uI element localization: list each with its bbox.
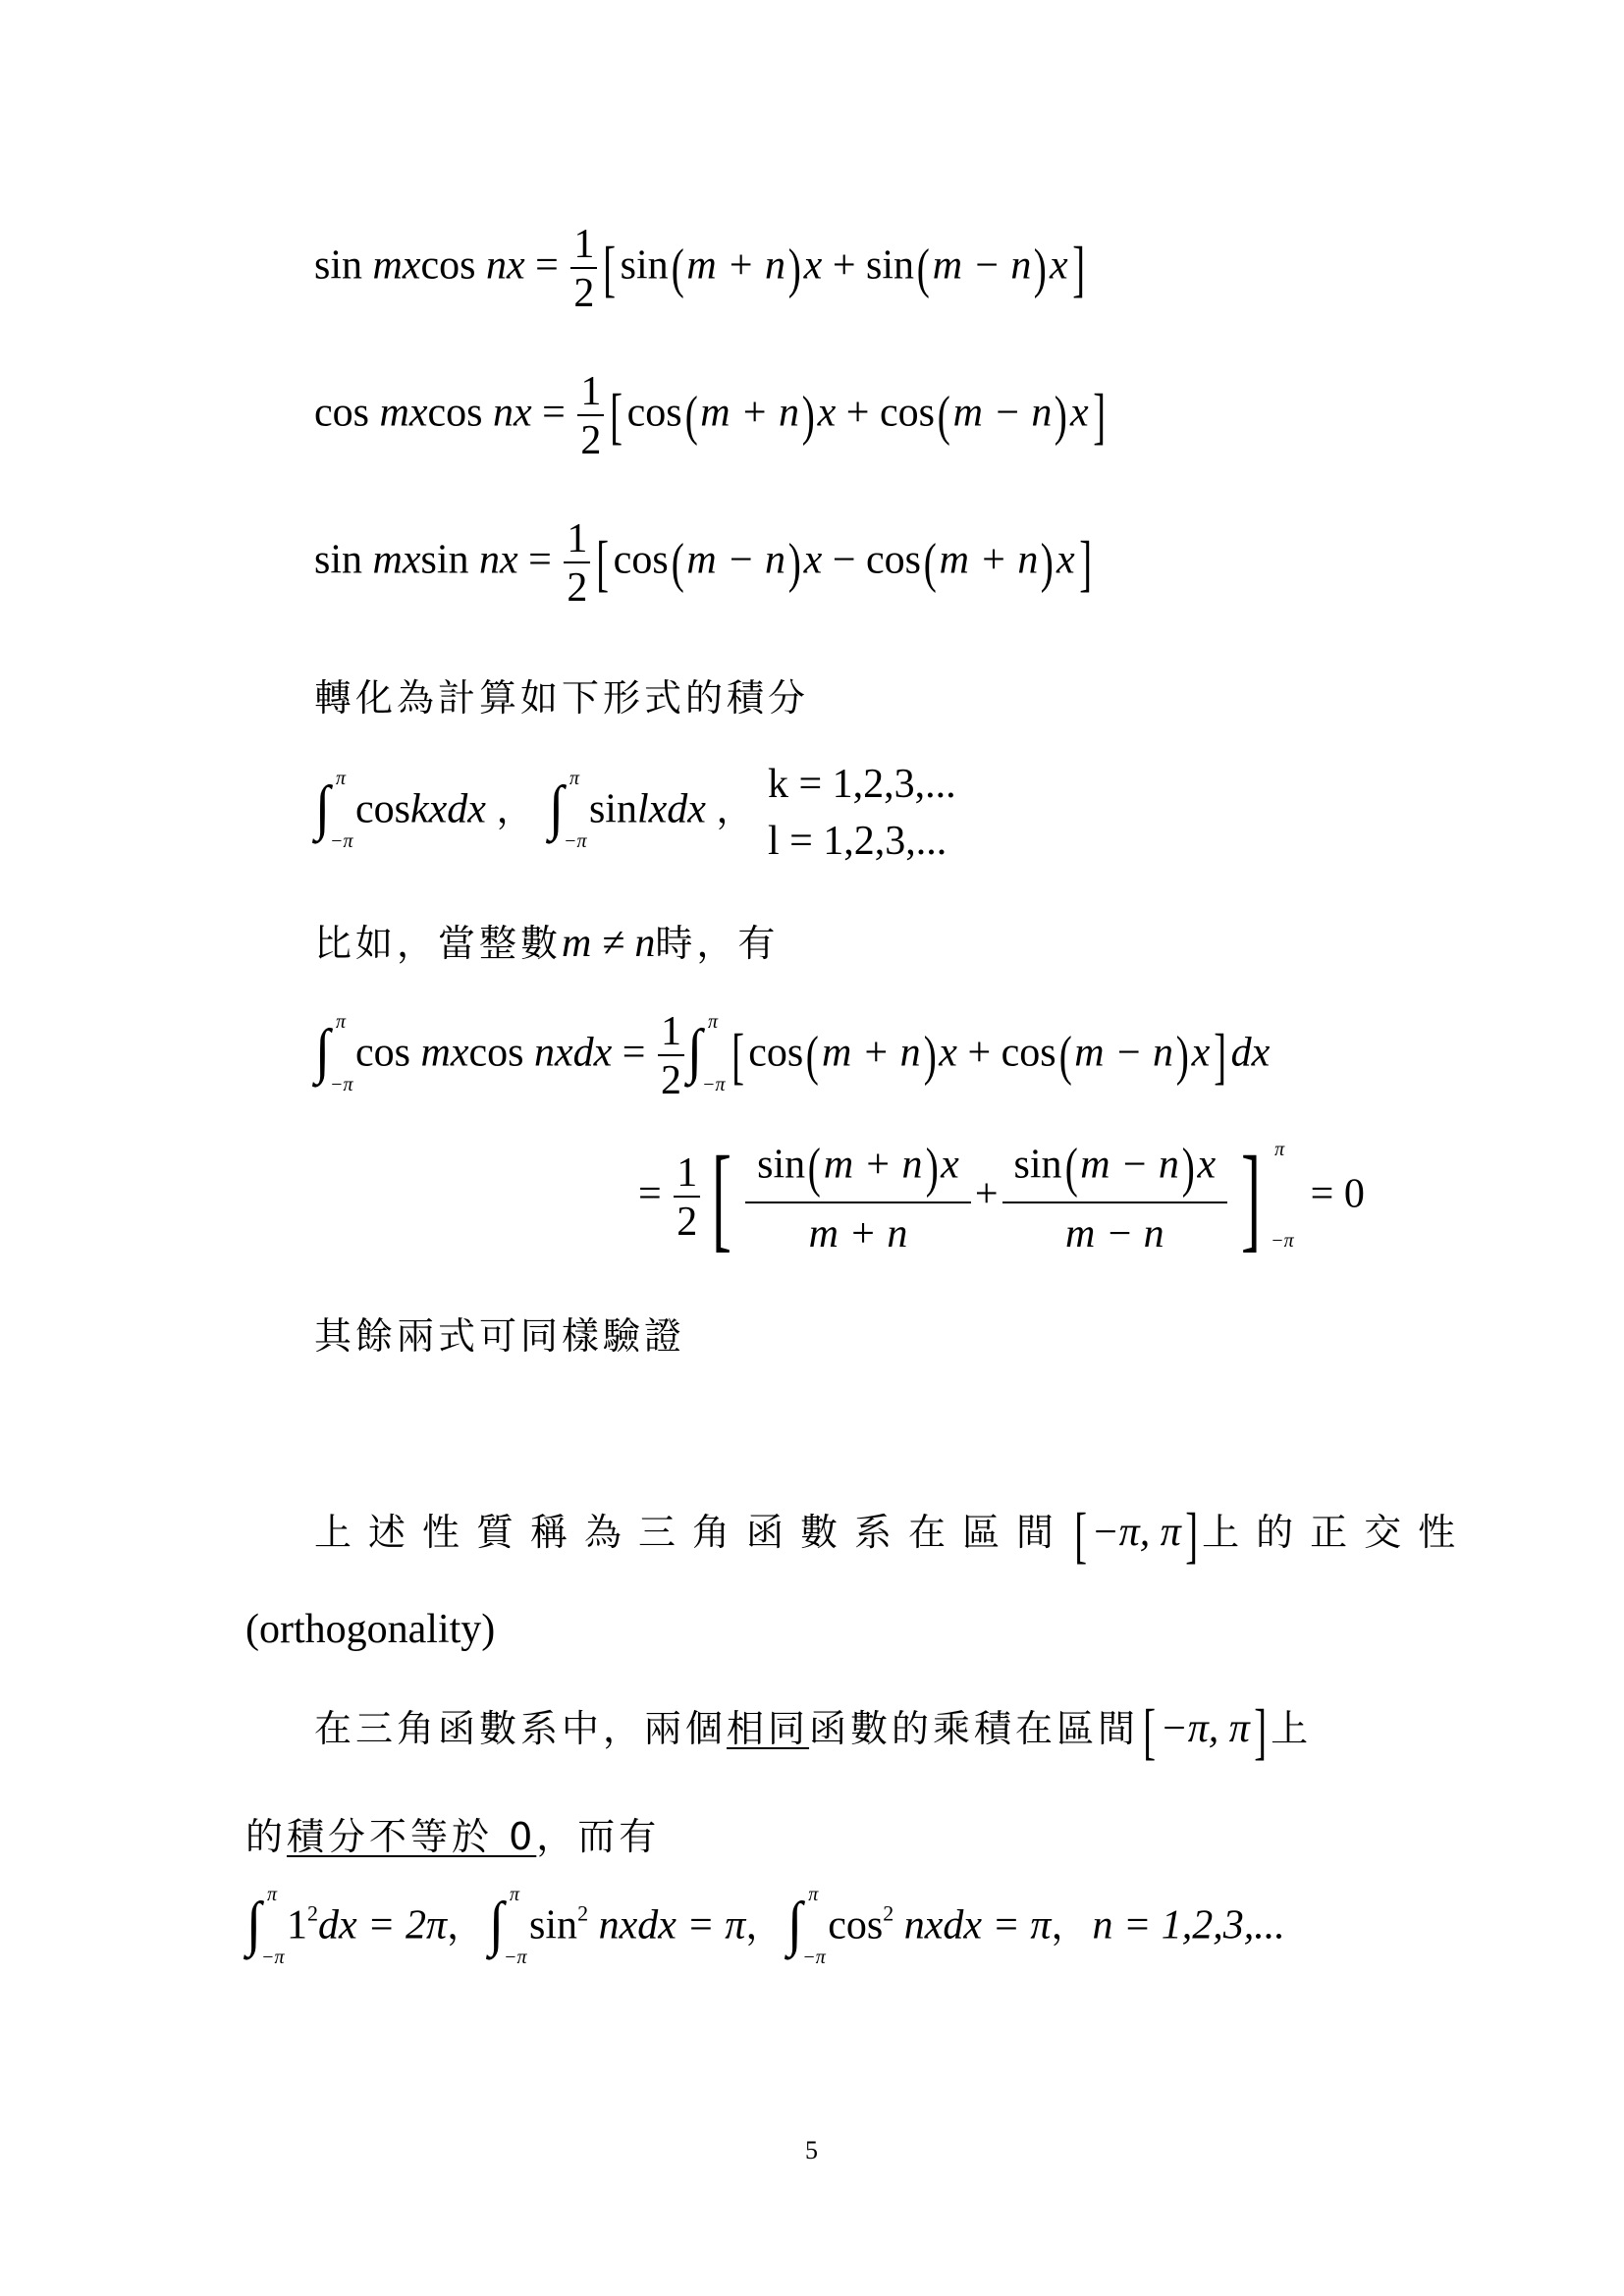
page-number: 5 <box>805 2136 818 2165</box>
l-range: l = 1,2,3,... <box>768 813 956 870</box>
paragraph-same-functions: 在三角函數系中，兩個相同函數的乘積在區間[−π, π]上 <box>314 1698 1312 1763</box>
k-range: k = 1,2,3,... <box>768 756 956 813</box>
example-integral-line2: = 12[sin(m + n)xm + n+sin(m − n)xm − n]π… <box>638 1139 1365 1256</box>
identity-cos-cos: cos mxcos nx = 12[cos(m + n)x + cos(m − … <box>314 371 1110 461</box>
text-others-verify: 其餘兩式可同樣驗證 <box>314 1306 685 1360</box>
text-for-example: 比如，當整數m ≠ n時，有 <box>314 913 779 967</box>
orthogonality-term: (orthogonality) <box>245 1606 495 1653</box>
integral-sign: ∫π−π <box>314 774 355 852</box>
example-integral-line1: ∫π−πcos mxcos nxdx = 12∫π−π[cos(m + n)x … <box>314 1011 1270 1101</box>
identity-sin-cos: sin mxcos nx = 12[sin(m + n)x + sin(m − … <box>314 224 1089 314</box>
integral-sign: ∫π−π <box>548 774 589 852</box>
paragraph-nonzero-integral: 的積分不等於 0，而有 <box>245 1806 660 1860</box>
paragraph-orthogonality: 上述性質稱為三角函數系在區間[−π, π]上的正交性 <box>314 1502 1472 1567</box>
integral-forms: ∫π−πcoskxdx ， ∫π−πsinlxdx ， k = 1,2,3,..… <box>314 756 956 870</box>
text-convert-to-integrals: 轉化為計算如下形式的積分 <box>314 667 809 721</box>
squared-integrals: ∫π−π12dx = 2π，∫π−πsin2 nxdx = π，∫π−πcos2… <box>245 1890 1285 1968</box>
identity-sin-sin: sin mxsin nx = 12[cos(m − n)x − cos(m + … <box>314 518 1096 609</box>
